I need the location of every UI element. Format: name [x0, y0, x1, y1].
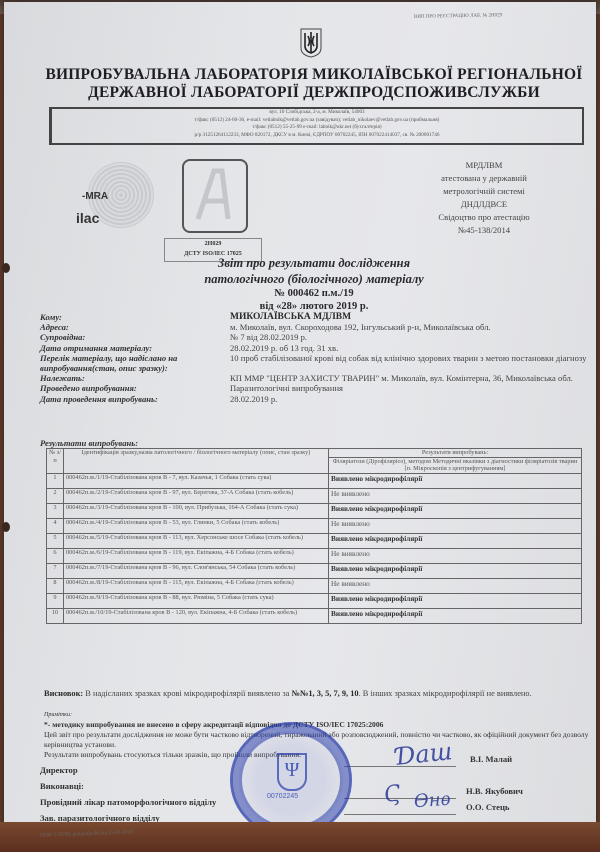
field-label: Дата отримання матеріалу: — [40, 343, 230, 353]
row-number: 1 — [47, 473, 64, 488]
lead-signature: Ϛ — [382, 781, 403, 809]
sample-id: 000462п.м./7/19-Стабілізована кров В - 9… — [64, 563, 329, 578]
stamp-code: 00702245 — [267, 793, 298, 800]
organization-line-1: ВИПРОБУВАЛЬНА ЛАБОРАТОРІЯ МИКОЛАЇВСЬКОЇ … — [44, 66, 584, 84]
results-table: № з/п Ідентифікація зразку,назва патолог… — [46, 448, 582, 624]
field-row: Дата проведення випробувань:28.02.2019 р… — [40, 394, 590, 404]
table-row: 1000462п.м./1/19-Стабілізована кров В - … — [47, 473, 582, 488]
field-label: Супровідна: — [40, 332, 230, 342]
lead-doctor-title: Провідний лікар патоморфологічного відді… — [40, 797, 216, 807]
registration-note: ВИП ПРО РЕЄСТРАЦІЮ ЛАБ. № 2Н029 — [414, 13, 502, 20]
attestation-line: атестована у державній — [409, 172, 559, 185]
photo-background-bottom — [0, 822, 600, 852]
table-row: 9000462п.м./9/19-Стабілізована кров В - … — [47, 593, 582, 608]
attestation-line: №45-138/2014 — [409, 224, 559, 237]
field-value: Паразитологічні випробування — [230, 383, 590, 393]
result-negative: Не виявлено — [329, 578, 582, 593]
field-value: 28.02.2019 р. — [230, 394, 590, 404]
address-line: вул. 10 Слобідська, 2-а, м. Миколаїв, 54… — [52, 109, 582, 117]
field-row: Кому:МИКОЛАЇВСЬКА МДЛВМ — [40, 312, 590, 322]
sample-id: 000462п.м./4/19-Стабілізована кров В - 5… — [64, 518, 329, 533]
field-row: Адреса:м. Миколаїв, вул. Скороходова 192… — [40, 322, 590, 332]
column-sample-id: Ідентифікація зразку,назва патологічного… — [64, 449, 329, 474]
conclusion-positive-numbers: №№1, 3, 5, 7, 9, 10 — [291, 689, 358, 698]
punch-hole — [2, 522, 10, 532]
table-row: 4000462п.м./4/19-Стабілізована кров В - … — [47, 518, 582, 533]
organization-line-2: ДЕРЖАВНОЇ ЛАБОРАТОРІЇ ДЕРЖПРОДСПОЖИВСЛУЖ… — [44, 84, 584, 102]
field-label: Проведено випробування: — [40, 383, 230, 393]
table-row: 3000462п.м./3/19-Стабілізована кров В - … — [47, 503, 582, 518]
field-row: Перелік матеріалу, що надіслано на випро… — [40, 353, 590, 373]
official-stamp: Ψ 00702245 — [230, 722, 352, 838]
row-number: 8 — [47, 578, 64, 593]
conclusion-label: Висновок: — [44, 689, 83, 698]
result-positive: Виявлено мікродирофілярії — [329, 563, 582, 578]
signature-line — [344, 814, 456, 815]
row-number: 10 — [47, 608, 64, 623]
director-name: В.І. Малай — [470, 754, 512, 764]
ilac-suffix: -MRA — [82, 191, 108, 202]
row-number: 6 — [47, 548, 64, 563]
conclusion-text-end: . В інших зразках мікродирофілярії не ви… — [359, 689, 532, 698]
director-signature: Ɗаш — [395, 737, 454, 771]
sample-id: 000462п.м./5/19-Стабілізована кров В - 1… — [64, 533, 329, 548]
field-value: 28.02.2019 р. об 13 год. 31 хв. — [230, 343, 590, 353]
column-results-group: Результати випробувань: — [329, 449, 582, 458]
field-row: Супровідна:№ 7 від 28.02.2019 р. — [40, 332, 590, 342]
accreditation-code: 2Н029 — [165, 239, 261, 249]
attestation-line: Свідоцтво про атестацію — [409, 211, 559, 224]
report-title: Звіт про результати дослідження патологі… — [104, 255, 524, 313]
field-value: м. Миколаїв, вул. Скороходова 192, Інгул… — [230, 322, 590, 332]
field-value: КП ММР "ЦЕНТР ЗАХИСТУ ТВАРИН" м. Миколаї… — [230, 373, 590, 383]
ilac-mra-logo: ilac-MRA — [88, 162, 154, 228]
ilac-label: ilac — [76, 210, 99, 226]
organization-title: ВИПРОБУВАЛЬНА ЛАБОРАТОРІЯ МИКОЛАЇВСЬКОЇ … — [44, 66, 584, 102]
result-positive: Виявлено мікродирофілярії — [329, 593, 582, 608]
bank-details-line: р/р 31251264112233, МФО 820172, ДКСУ в м… — [52, 132, 582, 140]
sample-id: 000462п.м./8/19-Стабілізована кров В - 1… — [64, 578, 329, 593]
attestation-line: ДНДЛДВСЕ — [409, 198, 559, 211]
head-parasitology-name: О.О. Стець — [466, 802, 509, 812]
field-row: Проведено випробування:Паразитологічні в… — [40, 383, 590, 393]
performers-label: Виконавці: — [40, 781, 84, 791]
table-row: 5000462п.м./5/19-Стабілізована кров В - … — [47, 533, 582, 548]
sample-id: 000462п.м./2/19-Стабілізована кров В - 9… — [64, 488, 329, 503]
metrology-attestation: МРДЛВМ атестована у державній метрологіч… — [409, 159, 559, 237]
row-number: 5 — [47, 533, 64, 548]
field-label: Дата проведення випробувань: — [40, 394, 230, 404]
result-negative: Не виявлено — [329, 548, 582, 563]
field-label: Кому: — [40, 312, 230, 322]
column-filariasis-result: Філяріатози (Дірофіляріоз), методом Мето… — [329, 457, 582, 473]
accreditation-mark-icon — [184, 161, 242, 227]
table-row: 2000462п.м./2/19-Стабілізована кров В - … — [47, 488, 582, 503]
result-positive: Виявлено мікродирофілярії — [329, 608, 582, 623]
accounting-line: т/факс (0512) 55-25-99 e-mail: labnik@uk… — [52, 124, 582, 132]
sample-id: 000462п.м./3/19-Стабілізована кров В - 1… — [64, 503, 329, 518]
lead-doctor-name: Н.В. Якубович — [466, 786, 523, 796]
conclusion-text: В надісланих зразках крові мікродирофіля… — [83, 689, 291, 698]
field-value: № 7 від 28.02.2019 р. — [230, 332, 590, 342]
table-row: 6000462п.м./6/19-Стабілізована кров В - … — [47, 548, 582, 563]
notes-heading: Примітки: — [44, 710, 589, 720]
row-number: 9 — [47, 593, 64, 608]
field-label: Перелік матеріалу, що надіслано на випро… — [40, 353, 230, 373]
result-negative: Не виявлено — [329, 488, 582, 503]
head-signature: Ѳнѳ — [413, 789, 451, 812]
sample-id: 000462п.м./6/19-Стабілізована кров В - 1… — [64, 548, 329, 563]
report-number: № 000462 п.м./19 — [104, 287, 524, 300]
field-row: Належать:КП ММР "ЦЕНТР ЗАХИСТУ ТВАРИН" м… — [40, 373, 590, 383]
report-title-line-1: Звіт про результати дослідження — [104, 255, 524, 271]
accreditation-logo — [182, 159, 248, 233]
sample-id: 000462п.м./1/19-Стабілізована кров В - 7… — [64, 473, 329, 488]
attestation-line: метрологічній системі — [409, 185, 559, 198]
table-row: 10000462п.м./10/19-Стабілізована кров В … — [47, 608, 582, 623]
director-title: Директор — [40, 765, 78, 775]
document-page: ВИП ПРО РЕЄСТРАЦІЮ ЛАБ. № 2Н029 ВИПРОБУВ… — [4, 2, 596, 824]
report-fields: Кому:МИКОЛАЇВСЬКА МДЛВМАдреса:м. Миколаї… — [40, 312, 590, 404]
report-title-line-2: патологічного (біологічного) матеріалу — [104, 271, 524, 287]
field-label: Адреса: — [40, 322, 230, 332]
sample-id: 000462п.м./10/19-Стабілізована кров В - … — [64, 608, 329, 623]
row-number: 4 — [47, 518, 64, 533]
result-positive: Виявлено мікродирофілярії — [329, 473, 582, 488]
results-label: Результати випробувань: — [40, 438, 138, 448]
row-number: 7 — [47, 563, 64, 578]
row-number: 3 — [47, 503, 64, 518]
sample-id: 000462п.м./9/19-Стабілізована кров В - 8… — [64, 593, 329, 608]
field-value: МИКОЛАЇВСЬКА МДЛВМ — [230, 312, 590, 322]
address-box: вул. 10 Слобідська, 2-а, м. Миколаїв, 54… — [49, 107, 584, 145]
conclusion: Висновок: В надісланих зразках крові мік… — [44, 688, 589, 699]
result-positive: Виявлено мікродирофілярії — [329, 533, 582, 548]
field-value: 10 проб стабілізованої крові від собак в… — [230, 353, 590, 373]
result-negative: Не виявлено — [329, 518, 582, 533]
punch-hole — [2, 263, 10, 273]
field-row: Дата отримання матеріалу:28.02.2019 р. о… — [40, 343, 590, 353]
attestation-line: МРДЛВМ — [409, 159, 559, 172]
table-row: 7000462п.м./7/19-Стабілізована кров В - … — [47, 563, 582, 578]
table-row: 8000462п.м./8/19-Стабілізована кров В - … — [47, 578, 582, 593]
column-number: № з/п — [47, 449, 64, 474]
stamp-trident-icon: Ψ — [277, 753, 307, 791]
row-number: 2 — [47, 488, 64, 503]
result-positive: Виявлено мікродирофілярії — [329, 503, 582, 518]
coat-of-arms-icon — [300, 28, 322, 58]
field-label: Належать: — [40, 373, 230, 383]
